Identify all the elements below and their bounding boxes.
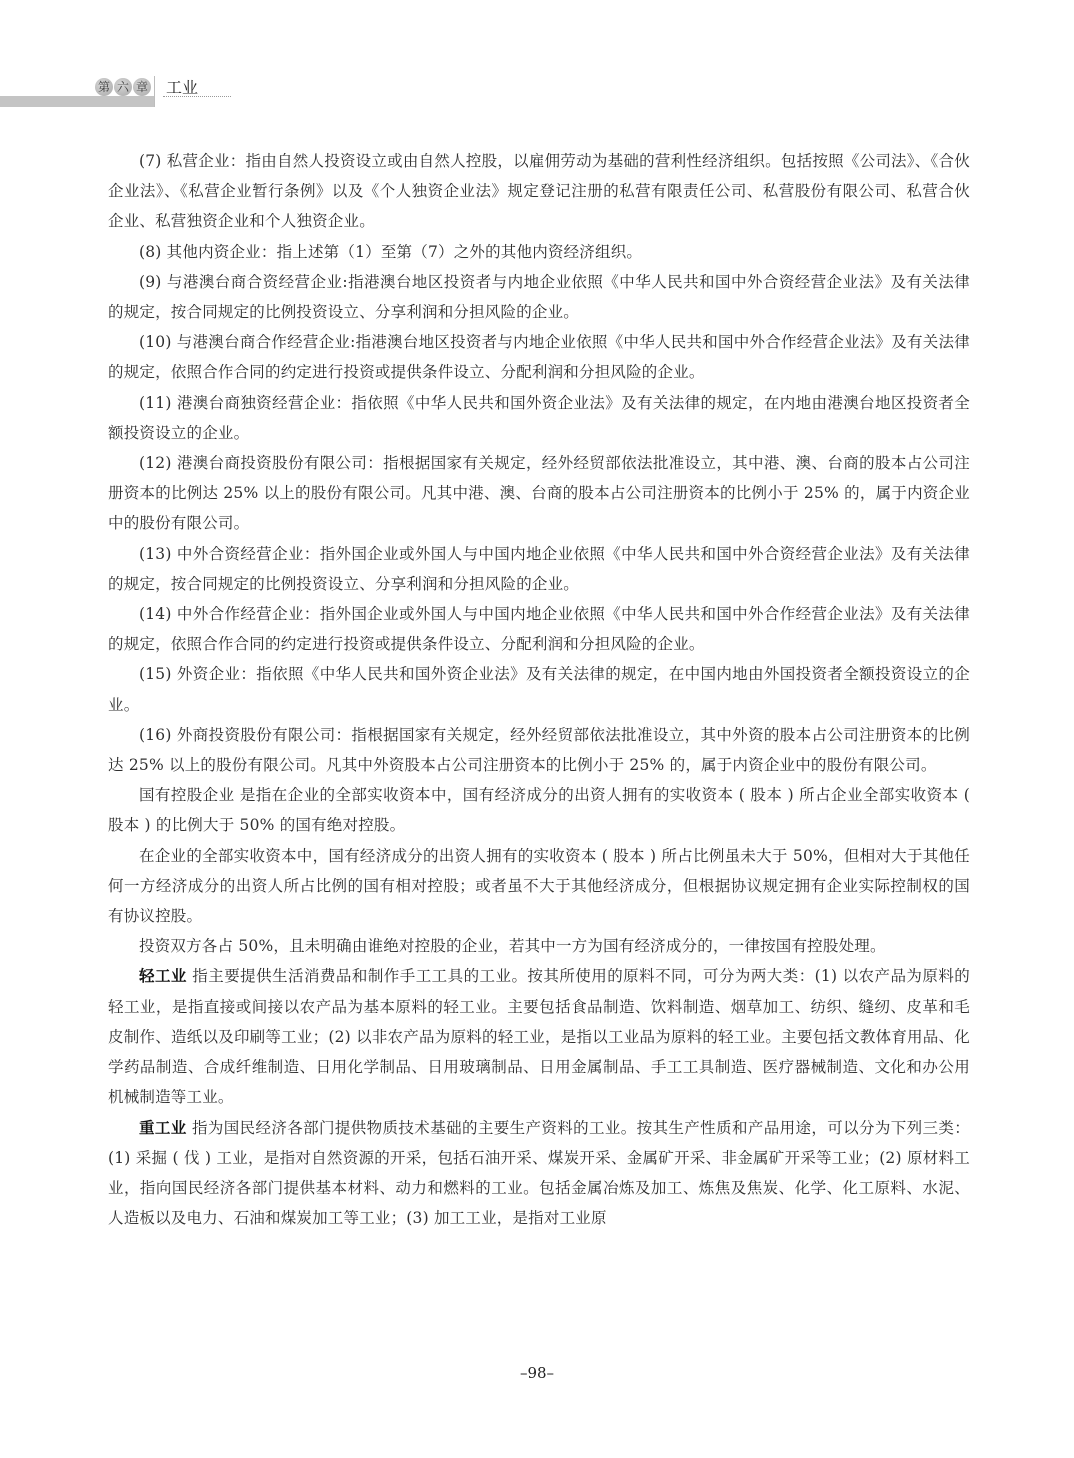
paragraph: 投资双方各占 50%，且未明确由谁绝对控股的企业，若其中一方为国有经济成分的，一…: [108, 931, 970, 961]
header-divider: [154, 76, 155, 107]
page-body: (7) 私营企业：指由自然人投资设立或由自然人控股，以雇佣劳动为基础的营利性经济…: [108, 146, 970, 1233]
paragraph: (7) 私营企业：指由自然人投资设立或由自然人控股，以雇佣劳动为基础的营利性经济…: [108, 146, 970, 237]
chapter-badge: 六: [114, 78, 132, 96]
header-dotted-rule: [163, 96, 231, 97]
chapter-badges: 第 六 章: [95, 78, 151, 96]
paragraph: 国有控股企业 是指在企业的全部实收资本中，国有经济成分的出资人拥有的实收资本 (…: [108, 780, 970, 840]
paragraph: (13) 中外合资经营企业：指外国企业或外国人与中国内地企业依照《中华人民共和国…: [108, 539, 970, 599]
paragraph: (15) 外资企业：指依照《中华人民共和国外资企业法》及有关法律的规定，在中国内…: [108, 659, 970, 719]
paragraph: (10) 与港澳台商合作经营企业:指港澳台地区投资者与内地企业依照《中华人民共和…: [108, 327, 970, 387]
light-industry-paragraph: 轻工业 指主要提供生活消费品和制作手工工具的工业。按其所使用的原料不同，可分为两…: [108, 961, 970, 1112]
paragraph: (16) 外商投资股份有限公司：指根据国家有关规定，经外经贸部依法批准设立，其中…: [108, 720, 970, 780]
chapter-header: 第 六 章 工业: [0, 72, 260, 112]
paragraph: (14) 中外合作经营企业：指外国企业或外国人与中国内地企业依照《中华人民共和国…: [108, 599, 970, 659]
heavy-industry-paragraph: 重工业 指为国民经济各部门提供物质技术基础的主要生产资料的工业。按其生产性质和产…: [108, 1113, 970, 1234]
paragraph: 在企业的全部实收资本中，国有经济成分的出资人拥有的实收资本 ( 股本 ) 所占比…: [108, 841, 970, 932]
paragraph: (12) 港澳台商投资股份有限公司：指根据国家有关规定，经外经贸部依法批准设立，…: [108, 448, 970, 539]
light-industry-definition: 指主要提供生活消费品和制作手工工具的工业。按其所使用的原料不同，可分为两大类：(…: [108, 967, 970, 1106]
paragraph: (8) 其他内资企业：指上述第（1）至第（7）之外的其他内资经济组织。: [108, 237, 970, 267]
term-heavy-industry: 重工业: [139, 1119, 187, 1137]
chapter-title: 工业: [166, 75, 198, 98]
page-number: –98–: [0, 1364, 1074, 1382]
term-light-industry: 轻工业: [139, 967, 187, 985]
header-bar: [0, 96, 155, 107]
paragraph: (9) 与港澳台商合资经营企业:指港澳台地区投资者与内地企业依照《中华人民共和国…: [108, 267, 970, 327]
heavy-industry-definition: 指为国民经济各部门提供物质技术基础的主要生产资料的工业。按其生产性质和产品用途，…: [108, 1119, 970, 1228]
chapter-badge: 第: [95, 78, 113, 96]
paragraph: (11) 港澳台商独资经营企业：指依照《中华人民共和国外资企业法》及有关法律的规…: [108, 388, 970, 448]
chapter-badge: 章: [133, 78, 151, 96]
